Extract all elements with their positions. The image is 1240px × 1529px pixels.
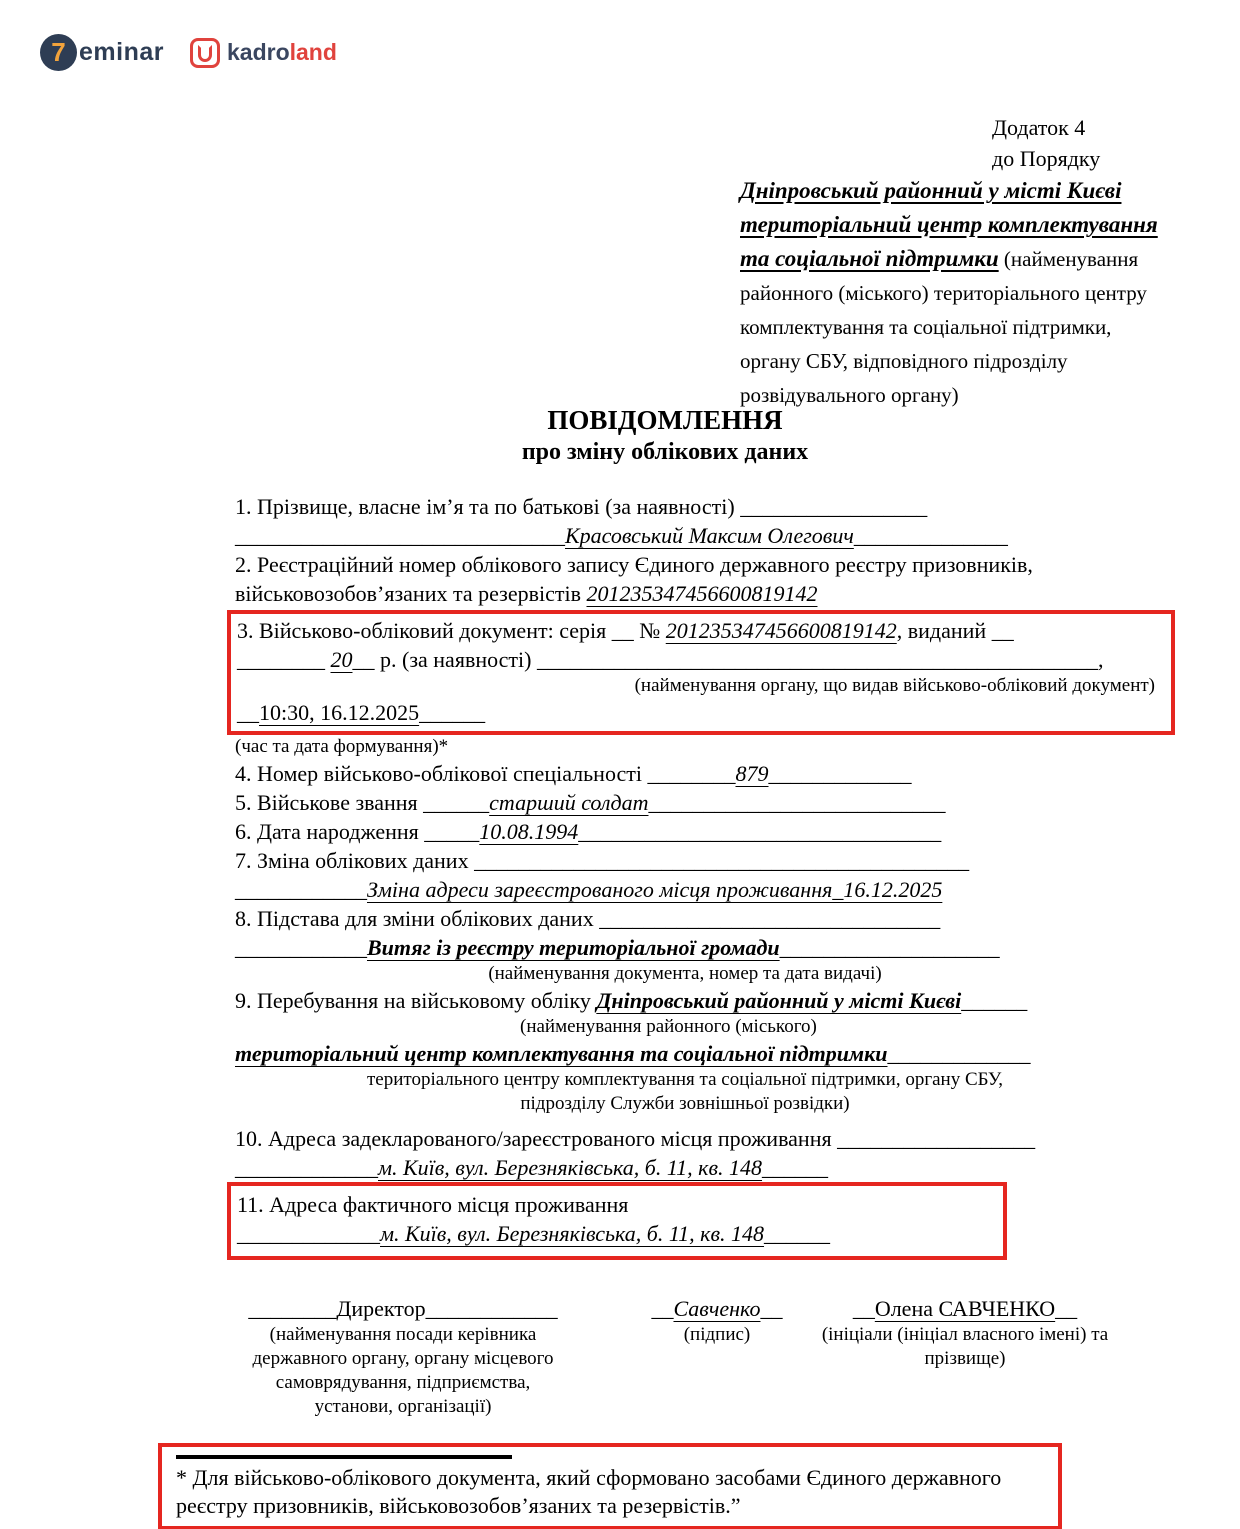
item3-number-sign: № <box>634 618 666 643</box>
logo-bar: 7 eminar kadroland <box>40 34 337 71</box>
appendix-label: Додаток 4 <box>740 112 1176 143</box>
item1-blank-pre: ______________________________ <box>235 523 565 548</box>
signature-name-col: __Олена САВЧЕНКО__ (ініціали (ініціал вл… <box>807 1294 1123 1419</box>
item10-label: 10. Адреса задекларованого/зареєстровано… <box>235 1126 837 1151</box>
signature-position-line: ________Директор____________ <box>235 1294 571 1323</box>
item9-caption2: територіального центру комплектування та… <box>235 1068 1135 1092</box>
signature-sign: Савченко <box>673 1296 760 1321</box>
item11-label: 11. Адреса фактичного місця проживання <box>237 1192 628 1217</box>
item8-caption: (найменування документа, номер та дата в… <box>235 962 1135 986</box>
item5-blank-post: ___________________________ <box>648 790 945 815</box>
item4-blank-pre: ________ <box>648 761 736 786</box>
highlight-box-footnote: * Для військово-облікового документа, як… <box>158 1443 1062 1529</box>
signature-sign-line: __Савченко__ <box>647 1294 787 1323</box>
item7-blank: ________________________________________… <box>474 848 969 873</box>
item4-label: 4. Номер військово-облікової спеціальнос… <box>235 761 648 786</box>
item10-line2: _____________м. Київ, вул. Березняківськ… <box>235 1153 1135 1182</box>
item2-value: 201235347456600819142 <box>586 581 817 606</box>
item4-value: 879 <box>736 761 769 786</box>
highlight-box-item3: 3. Військово-обліковий документ: серія _… <box>227 610 1175 735</box>
item9-caption3: підрозділу Служби зовнішньої розвідки) <box>235 1092 1135 1116</box>
signature-position-col: ________Директор____________ (найменуван… <box>235 1294 571 1419</box>
signature-position-caption: (найменування посади керівника державног… <box>235 1323 571 1419</box>
item11-blank-pre: _____________ <box>237 1221 380 1246</box>
item9-value1: Дніпровський районний у місті Києві <box>596 988 961 1013</box>
item6-line: 6. Дата народження _____10.08.1994______… <box>235 817 1135 846</box>
item6-blank-post: _________________________________ <box>578 819 941 844</box>
item3-issued-blank: __ <box>992 618 1014 643</box>
item10-blank-post: ______ <box>762 1155 828 1180</box>
item1-line1: 1. Прізвище, власне ім’я та по батькові … <box>235 492 1135 521</box>
item3-caption: (найменування органу, що видав військово… <box>237 674 1163 698</box>
item3-date-blank: ________ <box>237 647 331 672</box>
item8-value: Витяг із реєстру територіальної громади <box>367 935 780 960</box>
signature-position-blank-pre: ________ <box>248 1296 336 1321</box>
order-label: до Порядку <box>740 143 1176 174</box>
doc-title-block: ПОВІДОМЛЕННЯ про зміну облікових даних <box>235 404 1095 467</box>
signature-sign-blank-pre: __ <box>651 1296 673 1321</box>
item3-organ-blank: ________________________________________… <box>537 647 1098 672</box>
item10-blank-pre: _____________ <box>235 1155 378 1180</box>
item3-series-blank: __ <box>612 618 634 643</box>
item9-blank2: _____________ <box>888 1041 1031 1066</box>
item8-line2: ____________Витяг із реєстру територіаль… <box>235 933 1135 962</box>
signature-position: Директор <box>336 1296 425 1321</box>
item10-line1: 10. Адреса задекларованого/зареєстровано… <box>235 1124 1135 1153</box>
item6-value: 10.08.1994 <box>479 819 578 844</box>
item1-blank-post: ______________ <box>854 523 1008 548</box>
item3-line1: 3. Військово-обліковий документ: серія _… <box>237 616 1163 645</box>
item1-label: 1. Прізвище, власне ім’я та по батькові … <box>235 494 740 519</box>
item3-line2: ________ 20__ р. (за наявності) ________… <box>237 645 1163 674</box>
signature-sign-blank-post: __ <box>761 1296 783 1321</box>
item7-blank-pre: ____________ <box>235 877 367 902</box>
item3-year-label: __ р. (за наявності) <box>353 647 537 672</box>
seminar-logo-text: eminar <box>79 38 164 67</box>
doc-title: ПОВІДОМЛЕННЯ <box>235 404 1095 437</box>
signature-name-blank-post: __ <box>1055 1296 1077 1321</box>
highlight-box-item11: 11. Адреса фактичного місця проживання _… <box>227 1182 1007 1260</box>
item3-line3: __10:30, 16.12.2025______ <box>237 698 1163 727</box>
item5-value: старший солдат <box>489 790 648 815</box>
doc-subtitle: про зміну облікових даних <box>235 437 1095 467</box>
item11-value: м. Київ, вул. Березняківська, б. 11, кв.… <box>380 1221 764 1246</box>
item3-number: 201235347456600819142 <box>666 618 897 643</box>
item7-label: 7. Зміна облікових даних <box>235 848 474 873</box>
item4-line: 4. Номер військово-облікової спеціальнос… <box>235 759 1135 788</box>
item5-line: 5. Військове звання ______старший солдат… <box>235 788 1135 817</box>
item1-blank: _________________ <box>740 494 927 519</box>
item9-value2: територіальний центр комплектування та с… <box>235 1041 888 1066</box>
item11-line1: 11. Адреса фактичного місця проживання <box>237 1190 997 1219</box>
item9-line1: 9. Перебування на військовому обліку Дні… <box>235 986 1135 1015</box>
item4-blank-post: _____________ <box>769 761 912 786</box>
item7-line1: 7. Зміна облікових даних _______________… <box>235 846 1135 875</box>
item3-time-blank-post: ______ <box>419 700 485 725</box>
kadroland-logo-text: kadroland <box>227 39 337 66</box>
seminar-logo-icon: 7 <box>40 34 77 71</box>
item5-label: 5. Військове звання <box>235 790 423 815</box>
item6-label: 6. Дата народження <box>235 819 424 844</box>
signature-sign-col: __Савченко__ (підпис) <box>647 1294 787 1419</box>
item11-blank-post: ______ <box>764 1221 830 1246</box>
item7-line2: ____________Зміна адреси зареєстрованого… <box>235 875 1135 904</box>
signature-sign-caption: (підпис) <box>647 1323 787 1347</box>
org-name-caption: (найменування районного (міського) терит… <box>740 247 1147 407</box>
item3-comma: , <box>1098 647 1104 672</box>
signature-block: ________Директор____________ (найменуван… <box>235 1294 1135 1419</box>
seminar-logo: 7 eminar <box>40 34 164 71</box>
item3-below-caption: (час та дата формування)* <box>235 735 1135 759</box>
item9-blank1: ______ <box>961 988 1027 1013</box>
item1-line2: ______________________________Красовськи… <box>235 521 1135 550</box>
kadroland-kadro: kadro <box>227 39 290 65</box>
seminar-seven: 7 <box>51 37 65 68</box>
item3-year: 20 <box>331 647 353 672</box>
signature-name-line: __Олена САВЧЕНКО__ <box>807 1294 1123 1323</box>
item1-value: Красовський Максим Олегович <box>565 523 854 548</box>
appendix-header: Додаток 4 до Порядку Дніпровський районн… <box>740 112 1176 412</box>
kadroland-logo: kadroland <box>190 38 337 68</box>
signature-name-blank-pre: __ <box>853 1296 875 1321</box>
item8-line1: 8. Підстава для зміни облікових даних __… <box>235 904 1135 933</box>
item3-time-blank-pre: __ <box>237 700 259 725</box>
item3-time-value: 10:30, 16.12.2025 <box>259 700 419 725</box>
document-page: { "logo": { "seven": "7", "eminar": "emi… <box>0 0 1240 1529</box>
item6-blank-pre: _____ <box>424 819 479 844</box>
signature-name-caption: (ініціали (ініціал власного імені) та пр… <box>807 1323 1123 1371</box>
item10-value: м. Київ, вул. Березняківська, б. 11, кв.… <box>378 1155 762 1180</box>
item3-issued-label: , виданий <box>897 618 992 643</box>
item3-label: 3. Військово-обліковий документ: серія <box>237 618 612 643</box>
signature-name: Олена САВЧЕНКО <box>875 1296 1055 1321</box>
item8-blank-pre: ____________ <box>235 935 367 960</box>
item9-caption1: (найменування районного (міського) <box>235 1015 1135 1039</box>
signature-position-blank-post: ____________ <box>426 1296 558 1321</box>
org-name-block: Дніпровський районний у місті Києві тери… <box>740 174 1176 412</box>
kadroland-land: land <box>290 39 337 65</box>
item9-label: 9. Перебування на військовому обліку <box>235 988 596 1013</box>
item2-line: 2. Реєстраційний номер облікового запису… <box>235 550 1135 608</box>
item11-line2: _____________м. Київ, вул. Березняківськ… <box>237 1219 997 1248</box>
item10-blank: __________________ <box>837 1126 1035 1151</box>
footnote-separator <box>176 1455 512 1459</box>
item8-label: 8. Підстава для зміни облікових даних <box>235 906 599 931</box>
item8-blank-post: ____________________ <box>780 935 1000 960</box>
kadroland-logo-icon <box>190 38 220 68</box>
footnote-text: * Для військово-облікового документа, як… <box>176 1464 1052 1520</box>
item8-blank: _______________________________ <box>599 906 940 931</box>
item5-blank-pre: ______ <box>423 790 489 815</box>
form-body: 1. Прізвище, власне ім’я та по батькові … <box>235 492 1135 1529</box>
item7-value: Зміна адреси зареєстрованого місця прожи… <box>367 877 942 902</box>
item9-line2: територіальний центр комплектування та с… <box>235 1039 1135 1068</box>
